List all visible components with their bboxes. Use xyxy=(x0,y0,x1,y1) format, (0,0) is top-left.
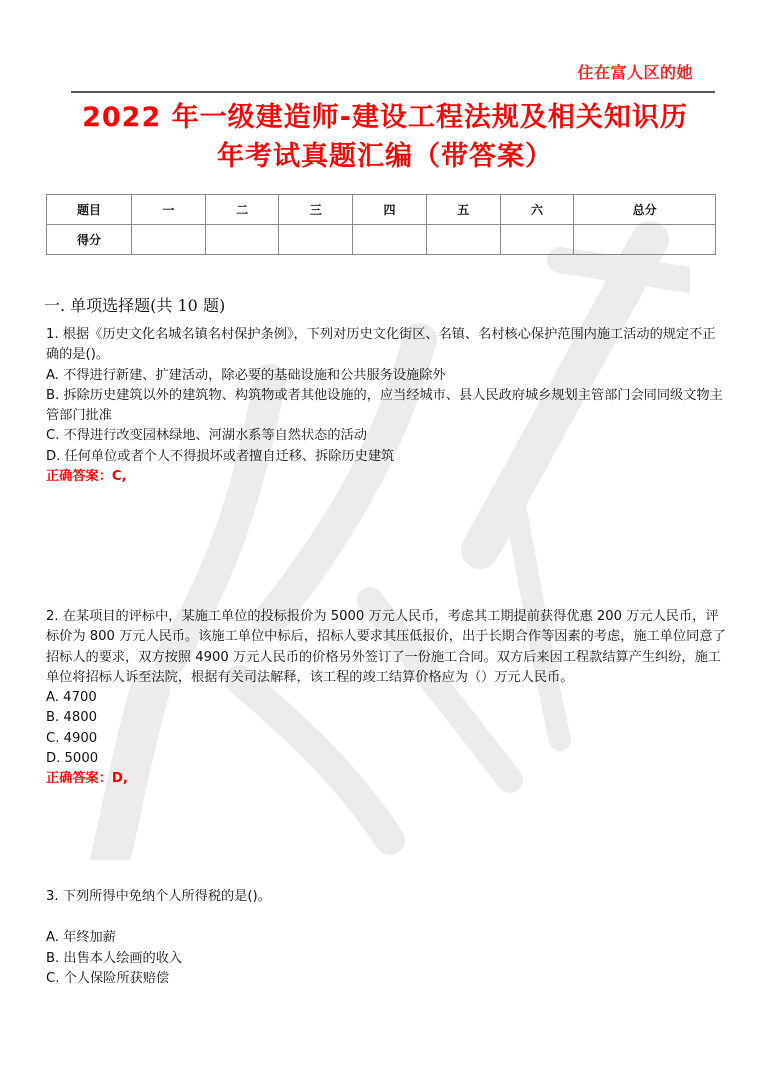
score-cell xyxy=(426,225,500,255)
score-cell xyxy=(279,225,353,255)
score-cell xyxy=(574,225,716,255)
option-b: B. 拆除历史建筑以外的建筑物、构筑物或者其他设施的，应当经城市、县人民政府城乡… xyxy=(46,386,726,427)
score-table-header-cell: 总分 xyxy=(574,195,716,225)
score-table-header-cell: 一 xyxy=(132,195,206,225)
score-cell xyxy=(205,225,279,255)
option-b: B. 4800 xyxy=(46,708,726,728)
score-cell xyxy=(353,225,427,255)
header-author: 住在富人区的她 xyxy=(577,60,693,83)
score-table-header-row: 题目 一 二 三 四 五 六 总分 xyxy=(47,195,716,225)
score-cell xyxy=(132,225,206,255)
question-stem: 2. 在某项目的评标中，某施工单位的投标报价为 5000 万元人民币，考虑其工期… xyxy=(46,607,726,688)
score-cell xyxy=(500,225,574,255)
score-table-header-cell: 二 xyxy=(205,195,279,225)
score-table-score-row: 得分 xyxy=(47,225,716,255)
option-a: A. 年终加薪 xyxy=(46,928,726,948)
option-d: D. 5000 xyxy=(46,749,726,769)
option-c: C. 个人保险所获赔偿 xyxy=(46,969,726,989)
score-table-row-label: 得分 xyxy=(47,225,132,255)
title-line-1: 2022 年一级建造师-建设工程法规及相关知识历 xyxy=(40,98,730,137)
option-a: A. 4700 xyxy=(46,688,726,708)
question-stem: 1. 根据《历史文化名城名镇名村保护条例》，下列对历史文化街区、名镇、名村核心保… xyxy=(46,325,726,366)
title-line-2: 年考试真题汇编（带答案） xyxy=(40,137,730,176)
score-table-header-cell: 题目 xyxy=(47,195,132,225)
correct-answer: 正确答案：D, xyxy=(46,769,726,789)
correct-answer: 正确答案：C, xyxy=(46,467,726,487)
score-table-header-cell: 六 xyxy=(500,195,574,225)
score-table-header-cell: 三 xyxy=(279,195,353,225)
question-stem: 3. 下列所得中免纳个人所得税的是()。 xyxy=(46,887,726,907)
option-a: A. 不得进行新建、扩建活动，除必要的基础设施和公共服务设施除外 xyxy=(46,366,726,386)
section-title: 一. 单项选择题(共 10 题) xyxy=(44,293,225,316)
option-c: C. 不得进行改变园林绿地、河湖水系等自然状态的活动 xyxy=(46,426,726,446)
option-d: D. 任何单位或者个人不得损坏或者擅自迁移、拆除历史建筑 xyxy=(46,447,726,467)
score-table: 题目 一 二 三 四 五 六 总分 得分 xyxy=(46,194,716,255)
option-c: C. 4900 xyxy=(46,729,726,749)
option-b: B. 出售本人绘画的收入 xyxy=(46,949,726,969)
question-1: 1. 根据《历史文化名城名镇名村保护条例》，下列对历史文化街区、名镇、名村核心保… xyxy=(46,325,726,487)
question-3: 3. 下列所得中免纳个人所得税的是()。 A. 年终加薪 B. 出售本人绘画的收… xyxy=(46,887,726,989)
question-2: 2. 在某项目的评标中，某施工单位的投标报价为 5000 万元人民币，考虑其工期… xyxy=(46,607,726,790)
score-table-header-cell: 五 xyxy=(426,195,500,225)
spacer xyxy=(46,907,726,928)
document-title: 2022 年一级建造师-建设工程法规及相关知识历 年考试真题汇编（带答案） xyxy=(40,98,730,176)
header-rule xyxy=(71,91,715,93)
score-table-header-cell: 四 xyxy=(353,195,427,225)
